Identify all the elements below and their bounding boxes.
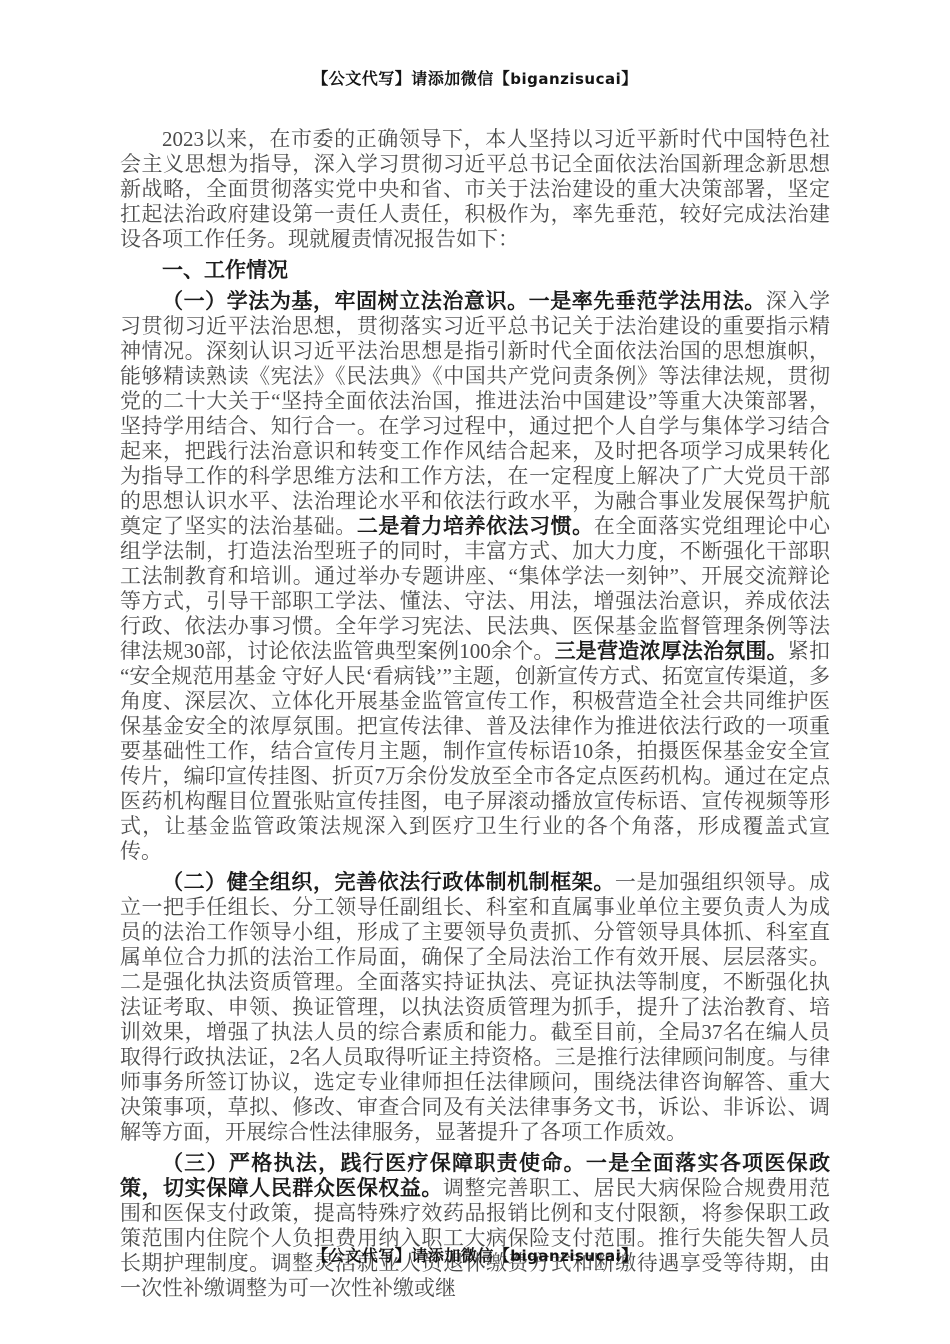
paragraph-5: （三）严格执法，践行医疗保障职责使命。一是全面落实各项医保政策，切实保障人民群众…	[120, 1151, 830, 1301]
paragraph-1: 2023以来，在市委的正确领导下，本人坚持以习近平新时代中国特色社会主义思想为指…	[120, 127, 830, 252]
bold-text-run: （二）健全组织，完善依法行政体制机制框架。	[162, 870, 615, 894]
footer-watermark-prefix: 【公文代写】请添加微信【	[312, 1248, 510, 1265]
bold-text-run: 二是着力培养依法习惯。	[357, 514, 594, 538]
text-run: 深入学习贯彻习近平法治思想，贯彻落实习近平总书记关于法治建设的重要指示精神情况。…	[120, 289, 830, 538]
document-page: 【公文代写】请添加微信【biganzisucai】 2023以来，在市委的正确领…	[0, 0, 950, 1344]
text-run: 紧扣“安全规范用基金 守好人民‘看病钱’”主题，创新宣传方式、拓宽宣传渠道，多角…	[120, 639, 830, 863]
document-body: 2023以来，在市委的正确领导下，本人坚持以习近平新时代中国特色社会主义思想为指…	[120, 127, 830, 1307]
bold-text-run: 三是营造浓厚法治氛围。	[555, 639, 788, 663]
bold-text-run: 一、工作情况	[162, 258, 288, 282]
paragraph-4: （二）健全组织，完善依法行政体制机制框架。一是加强组织领导。成立一把手任组长、分…	[120, 870, 830, 1145]
paragraph-3: （一）学法为基，牢固树立法治意识。一是率先垂范学法用法。深入学习贯彻习近平法治思…	[120, 289, 830, 864]
bold-text-run: （一）学法为基，牢固树立法治意识。一是率先垂范学法用法。	[162, 289, 766, 313]
header-wechat-id: biganzisucai	[510, 70, 621, 88]
text-run: 2023以来，在市委的正确领导下，本人坚持以习近平新时代中国特色社会主义思想为指…	[120, 127, 830, 251]
header-watermark: 【公文代写】请添加微信【biganzisucai】	[0, 66, 950, 89]
text-run: 一是加强组织领导。成立一把手任组长、分工领导任副组长、科室和直属事业单位主要负责…	[120, 870, 830, 1144]
footer-watermark: 【公文代写】请添加微信【biganzisucai】	[0, 1243, 950, 1266]
header-watermark-suffix: 】	[621, 71, 638, 88]
section-title: 一、工作情况	[120, 258, 830, 283]
header-watermark-prefix: 【公文代写】请添加微信【	[312, 71, 510, 88]
footer-wechat-id: biganzisucai	[510, 1247, 621, 1265]
footer-watermark-suffix: 】	[621, 1248, 638, 1265]
